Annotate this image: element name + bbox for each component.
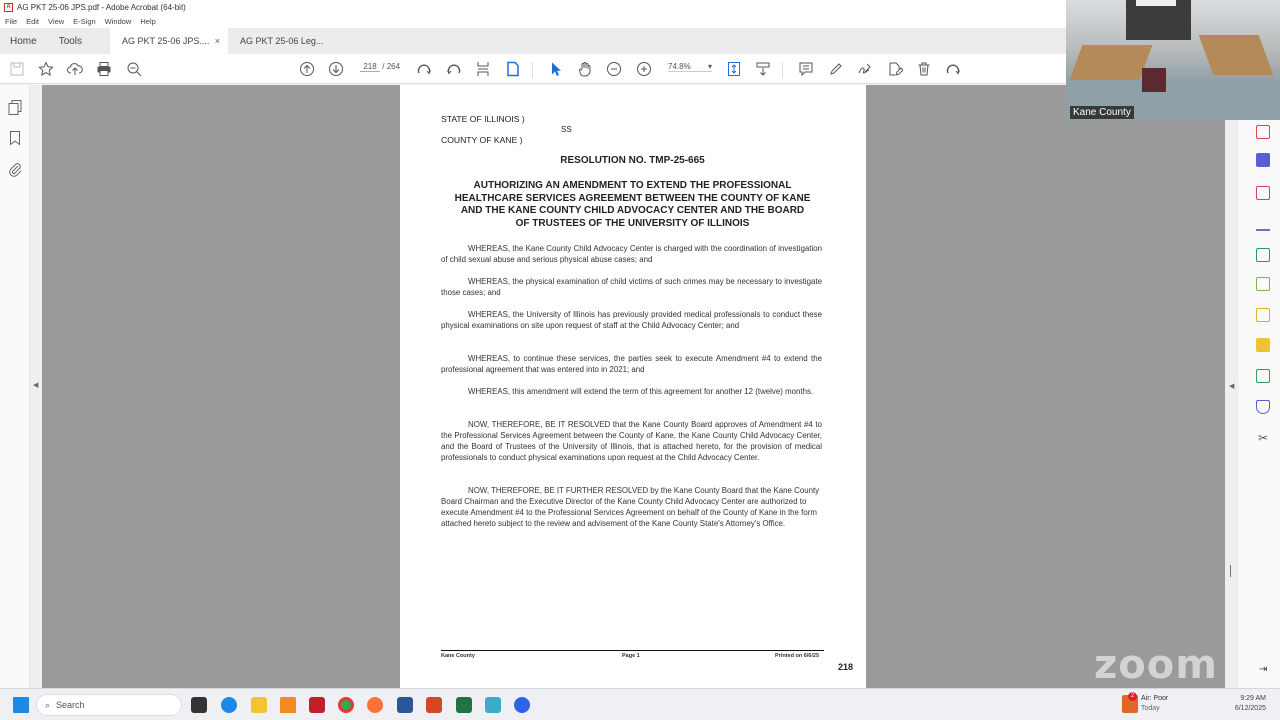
zoom-app-icon[interactable] (514, 697, 530, 713)
menu-help[interactable]: Help (140, 17, 155, 26)
select-cursor-icon[interactable] (547, 60, 565, 78)
clock-date[interactable]: 6/12/2025 (1235, 705, 1266, 712)
word-icon[interactable] (397, 697, 413, 713)
packet-page-number: 218 (838, 662, 853, 672)
collapse-left-panel-icon[interactable]: ◀ (33, 381, 38, 389)
right-tools-panel: ✂ ⇥ (1239, 120, 1280, 688)
more-tools-wrench-icon[interactable]: ✂ (1256, 431, 1270, 445)
edge-browser-icon[interactable] (221, 697, 237, 713)
scrollbar-thumb[interactable] (1230, 565, 1231, 577)
state-line: STATE OF ILLINOIS ) (441, 114, 525, 124)
pdf-page: STATE OF ILLINOIS ) SS COUNTY OF KANE ) … (400, 85, 866, 688)
whereas-paragraph: WHEREAS, to continue these services, the… (441, 353, 822, 375)
acrobat-taskbar-icon[interactable] (309, 697, 325, 713)
chevron-down-icon: ▾ (708, 62, 712, 71)
tab-tools[interactable]: Tools (49, 28, 110, 54)
further-resolved-paragraph: NOW, THEREFORE, BE IT FURTHER RESOLVED b… (441, 485, 822, 529)
send-for-review-icon[interactable] (1256, 308, 1270, 322)
export-pdf-icon[interactable] (1256, 248, 1270, 262)
zoom-watermark: zoom (1094, 642, 1218, 688)
scan-ocr-icon[interactable] (1256, 369, 1270, 383)
tab-home[interactable]: Home (0, 28, 49, 54)
menu-bar: File Edit View E-Sign Window Help (0, 15, 1066, 28)
bookmarks-icon[interactable] (7, 130, 23, 146)
menu-file[interactable]: File (5, 17, 17, 26)
resolution-title: AUTHORIZING AN AMENDMENT TO EXTEND THE P… (440, 180, 825, 231)
zoom-out-icon[interactable] (605, 60, 623, 78)
zoom-in-icon[interactable] (635, 60, 653, 78)
zoom-video-feed: Kane County (1066, 0, 1280, 120)
page-navigator: 218 / 264 (360, 62, 400, 72)
window-title: AG PKT 25-06 JPS.pdf - Adobe Acrobat (64… (17, 3, 186, 12)
fit-page-icon[interactable] (474, 60, 492, 78)
search-icon: ⌕ (45, 700, 50, 711)
taskbar-search[interactable]: ⌕ Search (36, 694, 182, 716)
county-line: COUNTY OF KANE ) (441, 135, 523, 145)
footer-page: Page 1 (622, 653, 640, 659)
chrome-icon[interactable] (338, 697, 354, 713)
whereas-paragraph: WHEREAS, the physical examination of chi… (441, 276, 822, 298)
delete-trash-icon[interactable] (915, 60, 933, 78)
tab-document-leg[interactable]: AG PKT 25-06 Leg... (228, 28, 346, 54)
page-view-icon[interactable] (504, 60, 522, 78)
tab-document-jps[interactable]: AG PKT 25-06 JPS.... × (110, 28, 228, 54)
toolbar: 218 / 264 74.8% ▾ (0, 54, 1066, 84)
clock-time[interactable]: 9:29 AM (1240, 695, 1266, 702)
fill-sign-icon[interactable] (1256, 217, 1270, 231)
ss-marker: SS (561, 125, 572, 134)
rotate-clockwise-icon[interactable] (415, 60, 433, 78)
redo-rotate-icon[interactable] (944, 60, 962, 78)
resolved-paragraph: NOW, THEREFORE, BE IT RESOLVED that the … (441, 419, 822, 463)
rotate-counterclockwise-icon[interactable] (445, 60, 463, 78)
footer-rule (441, 650, 824, 651)
weather-status: Air: Poor (1141, 695, 1168, 702)
edit-pdf-icon[interactable] (1256, 277, 1270, 291)
zoom-level-value: 74.8% (668, 62, 691, 71)
weather-period: Today (1141, 705, 1160, 712)
collapse-tools-panel-icon[interactable]: ⇥ (1259, 664, 1267, 675)
next-page-icon[interactable] (327, 60, 345, 78)
whereas-paragraph: WHEREAS, this amendment will extend the … (441, 386, 822, 397)
attachments-paperclip-icon[interactable] (7, 161, 23, 177)
windows-taskbar: ⌕ Search 2 Air: Poor Today 9:29 AM 6/12/… (0, 688, 1280, 720)
current-page-input[interactable]: 218 (360, 62, 380, 72)
comment-icon[interactable] (797, 60, 815, 78)
read-mode-icon[interactable] (754, 60, 772, 78)
system-tray: 2 Air: Poor Today 9:29 AM 6/12/2025 (1120, 693, 1280, 717)
excel-icon[interactable] (456, 697, 472, 713)
sign-icon[interactable] (856, 60, 874, 78)
previous-page-icon[interactable] (298, 60, 316, 78)
find-zoom-icon[interactable] (125, 60, 143, 78)
scroll-mode-icon[interactable] (725, 60, 743, 78)
footer-printed-date: Printed on 6/6/25 (775, 653, 819, 659)
save-icon[interactable] (8, 60, 26, 78)
edit-document-icon[interactable] (886, 60, 904, 78)
right-panel-gutter: ◀ (1225, 120, 1239, 688)
firefox-icon[interactable] (367, 697, 383, 713)
menu-window[interactable]: Window (105, 17, 132, 26)
file-explorer-icon[interactable] (251, 697, 267, 713)
menu-esign[interactable]: E-Sign (73, 17, 96, 26)
search-placeholder: Search (56, 700, 85, 710)
upload-cloud-icon[interactable] (66, 60, 84, 78)
whereas-paragraph: WHEREAS, the University of Illinois has … (441, 309, 822, 331)
expand-right-panel-icon[interactable]: ◀ (1229, 382, 1234, 390)
close-tab-icon[interactable]: × (215, 36, 220, 46)
organize-pages-icon[interactable] (1256, 186, 1270, 200)
combine-files-icon[interactable] (1256, 153, 1270, 167)
highlight-pen-icon[interactable] (827, 60, 845, 78)
zoom-level-dropdown[interactable]: 74.8% ▾ (668, 62, 712, 72)
tab-label: AG PKT 25-06 JPS.... (122, 36, 209, 46)
vlc-icon[interactable] (280, 697, 296, 713)
protect-shield-icon[interactable] (1256, 400, 1270, 414)
acrobat-icon: A (4, 3, 13, 12)
task-view-icon[interactable] (191, 697, 207, 713)
tab-label: AG PKT 25-06 Leg... (240, 36, 323, 46)
resolution-number: RESOLUTION NO. TMP-25-665 (440, 155, 825, 168)
hand-tool-icon[interactable] (576, 60, 594, 78)
notepad-icon[interactable] (485, 697, 501, 713)
windows-start-icon[interactable] (13, 697, 29, 713)
comment-tool-icon[interactable] (1256, 338, 1270, 352)
print-icon[interactable] (95, 60, 113, 78)
bookmark-star-icon[interactable] (37, 60, 55, 78)
menu-edit[interactable]: Edit (26, 17, 39, 26)
tab-bar: Home Tools AG PKT 25-06 JPS.... × AG PKT… (0, 28, 1066, 54)
powerpoint-icon[interactable] (426, 697, 442, 713)
left-panel-gutter: ◀ (30, 85, 42, 688)
menu-view[interactable]: View (48, 17, 64, 26)
page-thumbnails-icon[interactable] (7, 99, 23, 115)
weather-badge: 2 (1128, 692, 1137, 701)
page-separator: / (382, 62, 384, 71)
total-pages: 264 (387, 62, 400, 71)
window-title-bar: A AG PKT 25-06 JPS.pdf - Adobe Acrobat (… (0, 0, 1066, 15)
footer-left: Kane County (441, 653, 475, 659)
create-pdf-icon[interactable] (1256, 125, 1270, 139)
left-navigation-panel (0, 85, 30, 688)
participant-name-label: Kane County (1070, 106, 1134, 119)
whereas-paragraph: WHEREAS, the Kane County Child Advocacy … (441, 243, 822, 265)
